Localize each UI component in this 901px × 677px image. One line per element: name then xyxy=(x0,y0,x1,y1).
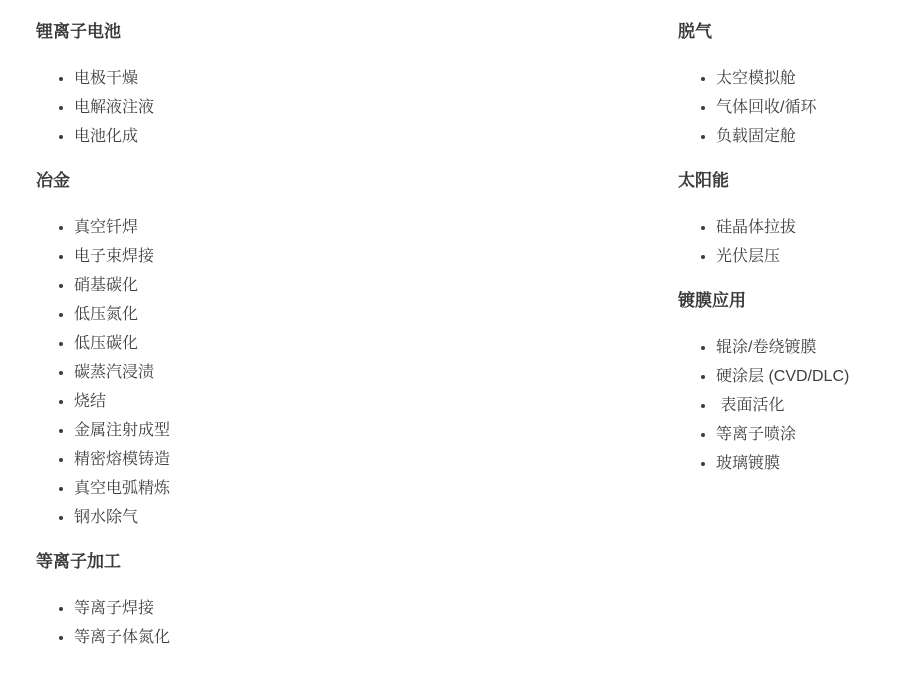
section-title: 镀膜应用 xyxy=(678,291,901,311)
application-list-item: 电子束焊接 xyxy=(74,242,678,271)
application-section: 等离子加工 等离子焊接 等离子体氮化 xyxy=(36,552,678,652)
application-list-item: 真空电弧精炼 xyxy=(74,474,678,503)
application-list-item: 气体回收/循环 xyxy=(716,93,901,122)
application-list-item: 烧结 xyxy=(74,387,678,416)
application-list: 电极干燥 电解液注液 电池化成 xyxy=(36,64,678,151)
section-title: 太阳能 xyxy=(678,171,901,191)
application-list-item: 等离子喷涂 xyxy=(716,420,901,449)
section-title: 冶金 xyxy=(36,171,678,191)
application-list: 等离子焊接 等离子体氮化 xyxy=(36,594,678,652)
application-list-item: 电极干燥 xyxy=(74,64,678,93)
application-list: 真空钎焊 电子束焊接 硝基碳化 低压氮化 低压碳化 碳蒸汽浸渍 烧结 金属注射成… xyxy=(36,213,678,532)
application-list-item: 负载固定舱 xyxy=(716,122,901,151)
application-list-item: 玻璃镀膜 xyxy=(716,449,901,478)
section-title: 锂离子电池 xyxy=(36,22,678,42)
application-list-item: 太空模拟舱 xyxy=(716,64,901,93)
application-list-item: 表面活化 xyxy=(716,391,901,420)
application-list-item: 碳蒸汽浸渍 xyxy=(74,358,678,387)
application-list: 辊涂/卷绕镀膜 硬涂层 (CVD/DLC) 表面活化 等离子喷涂 玻璃镀膜 xyxy=(678,333,901,478)
application-list-item: 低压碳化 xyxy=(74,329,678,358)
application-list-item: 硅晶体拉拔 xyxy=(716,213,901,242)
section-title: 等离子加工 xyxy=(36,552,678,572)
application-section: 太阳能 硅晶体拉拔 光伏层压 xyxy=(678,171,901,271)
application-list-item: 电池化成 xyxy=(74,122,678,151)
application-columns: 锂离子电池 电极干燥 电解液注液 电池化成 冶金 真空钎焊 电子束焊接 硝基碳化… xyxy=(0,0,901,672)
application-list-item: 等离子体氮化 xyxy=(74,623,678,652)
application-section: 锂离子电池 电极干燥 电解液注液 电池化成 xyxy=(36,22,678,151)
application-section: 镀膜应用 辊涂/卷绕镀膜 硬涂层 (CVD/DLC) 表面活化 等离子喷涂 玻璃… xyxy=(678,291,901,478)
application-list-item: 金属注射成型 xyxy=(74,416,678,445)
application-list-item: 辊涂/卷绕镀膜 xyxy=(716,333,901,362)
application-list-item: 钢水除气 xyxy=(74,503,678,532)
application-list-item: 光伏层压 xyxy=(716,242,901,271)
column-right: 脱气 太空模拟舱 气体回收/循环 负载固定舱 太阳能 硅晶体拉拔 光伏层压 镀膜… xyxy=(678,22,901,498)
application-list: 太空模拟舱 气体回收/循环 负载固定舱 xyxy=(678,64,901,151)
application-list-item: 真空钎焊 xyxy=(74,213,678,242)
application-list-item: 硝基碳化 xyxy=(74,271,678,300)
application-list-item: 硬涂层 (CVD/DLC) xyxy=(716,362,901,391)
application-list-item: 等离子焊接 xyxy=(74,594,678,623)
application-list-item: 低压氮化 xyxy=(74,300,678,329)
application-list-item: 精密熔模铸造 xyxy=(74,445,678,474)
section-title: 脱气 xyxy=(678,22,901,42)
application-list-item: 电解液注液 xyxy=(74,93,678,122)
application-section: 冶金 真空钎焊 电子束焊接 硝基碳化 低压氮化 低压碳化 碳蒸汽浸渍 烧结 金属… xyxy=(36,171,678,532)
column-left: 锂离子电池 电极干燥 电解液注液 电池化成 冶金 真空钎焊 电子束焊接 硝基碳化… xyxy=(36,22,678,672)
applications-page: 锂离子电池 电极干燥 电解液注液 电池化成 冶金 真空钎焊 电子束焊接 硝基碳化… xyxy=(0,0,901,672)
application-section: 脱气 太空模拟舱 气体回收/循环 负载固定舱 xyxy=(678,22,901,151)
application-list: 硅晶体拉拔 光伏层压 xyxy=(678,213,901,271)
